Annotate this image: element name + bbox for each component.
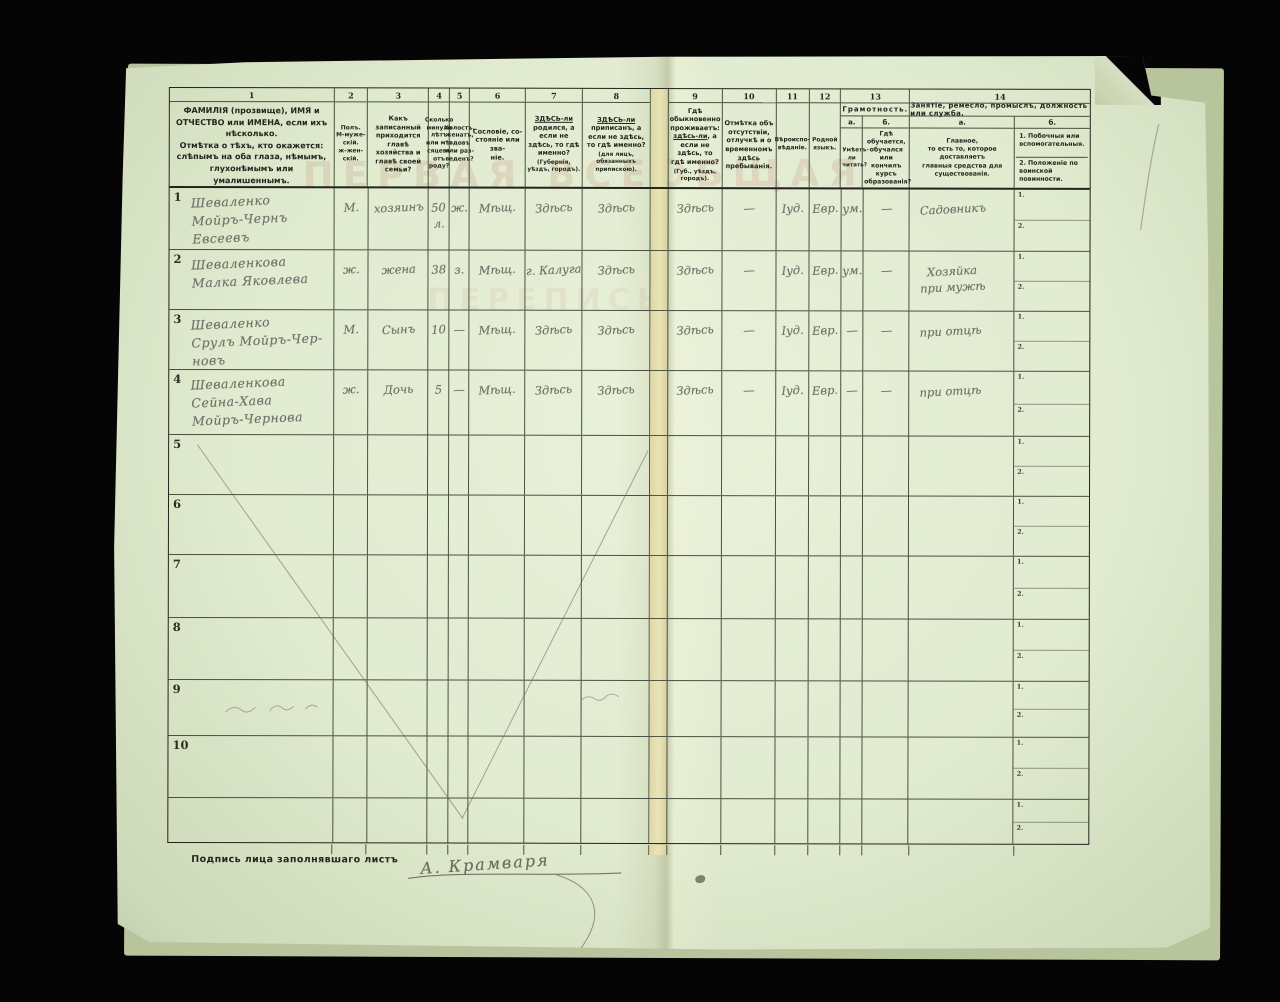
entry-value: — xyxy=(862,370,909,400)
col-number: 10 xyxy=(723,89,776,103)
entry-value: ж. xyxy=(333,250,367,279)
side-subrow-number: 1. xyxy=(1018,253,1025,261)
cell-occupation-main: при отцѣ xyxy=(910,312,1015,371)
table-row: 3Шеваленко Срулъ Мойръ-Чер- новъМ.Сынъ10… xyxy=(169,310,1089,372)
entry-value xyxy=(367,679,427,694)
entry-value xyxy=(909,617,1013,634)
cell-occupation-main xyxy=(909,620,1014,681)
cell-literacy-read xyxy=(840,737,862,798)
entry-value xyxy=(909,494,1013,511)
entry-value: ж. xyxy=(449,188,469,216)
cell-absence: — xyxy=(722,251,776,310)
table-body: 1Шеваленко Мойръ-Чернъ ЕвсеевъМ.хозяинъ5… xyxy=(168,188,1089,844)
entry-value: Евр. xyxy=(808,371,840,400)
side-subrow-number: 1. xyxy=(1017,373,1024,381)
entry-value xyxy=(367,735,427,750)
cell-occupation-main xyxy=(909,738,1014,799)
cell-occupation-main: при отцѣ xyxy=(910,372,1015,436)
entry-value xyxy=(840,496,862,509)
entry-value xyxy=(840,436,862,449)
entry-value xyxy=(367,797,427,812)
cell-occupation-main: Садовникъ xyxy=(910,190,1015,251)
cell-language: Евр. xyxy=(809,371,841,435)
cell-occupation-main xyxy=(909,557,1014,619)
cell-name: 2Шеваленкова Малка Яковлева xyxy=(169,250,334,309)
entry-value xyxy=(469,679,524,694)
group-title: Занятіе, ремесло, промыслъ, должность ил… xyxy=(910,104,1090,117)
cell-sex xyxy=(334,435,368,494)
cell-birthplace xyxy=(525,681,582,736)
entry-value: Іуд. xyxy=(775,370,808,399)
cell-religion: Іуд. xyxy=(776,189,809,250)
side-subrow: 2. xyxy=(1014,404,1089,436)
cell-occupation-side: 1.2. xyxy=(1014,372,1089,436)
cell-occupation-main: Хозяйка при мужѣ xyxy=(910,252,1015,311)
cell-marital xyxy=(449,436,469,495)
cell-residence: Здѣсь xyxy=(668,311,722,370)
cell-relation xyxy=(367,618,428,679)
cell-age xyxy=(428,619,449,680)
entry-value xyxy=(775,736,807,750)
col-title: ЗДѢСЬ-ли родился, а если не здѣсь, то гд… xyxy=(526,103,582,187)
cell-birthplace xyxy=(525,496,582,555)
side-subrow-number: 2. xyxy=(1017,711,1024,719)
cell-sex xyxy=(333,618,367,679)
cell-occupation-side: 1.2. xyxy=(1014,312,1089,371)
cell-occupation-side: 1.2. xyxy=(1014,738,1089,799)
cell-literacy-edu xyxy=(863,436,910,495)
entry-value xyxy=(428,736,449,749)
table-row: 61.2. xyxy=(169,495,1089,557)
entry-value xyxy=(469,554,524,569)
side-subrow: 2. xyxy=(1014,710,1089,737)
side-subrow-number: 1. xyxy=(1017,739,1024,747)
cell-literacy-read xyxy=(840,799,862,843)
col-number: 4 xyxy=(429,89,449,103)
cell-age: 5 xyxy=(429,371,450,435)
side-subrow-number: 2. xyxy=(1017,589,1024,597)
entry-value xyxy=(367,434,427,449)
cell-occupation-main xyxy=(909,800,1014,844)
header-col-marital: 5 Холостъ, женатъ, вдовъ или раз- веденъ… xyxy=(450,89,470,187)
entry-value: — xyxy=(862,310,909,340)
col-number: 9 xyxy=(669,89,722,103)
side-subrow-number: 1. xyxy=(1017,621,1024,629)
cell-registration: Здѣсь xyxy=(582,311,650,370)
cell-relation: Дочь xyxy=(368,370,429,434)
fold-strip xyxy=(649,737,667,798)
cell-literacy-read xyxy=(841,436,863,495)
entry-value: 10 xyxy=(428,310,449,338)
col-title: Сословіе, со- стояніе или зва- ніе. xyxy=(470,103,525,187)
entry-value xyxy=(428,618,449,631)
side-subrow-number: 1. xyxy=(1017,683,1024,691)
cell-occupation-main xyxy=(909,437,1014,496)
entry-value xyxy=(808,799,840,813)
col-number: 6 xyxy=(470,89,525,103)
cell-marital xyxy=(449,556,469,618)
sub-labels: а. б. xyxy=(910,117,1090,129)
cell-birthplace: Здѣсь xyxy=(525,311,582,370)
side-subrow: 1. xyxy=(1014,557,1089,589)
entry-value: Здѣсь xyxy=(582,187,650,218)
cell-religion: Іуд. xyxy=(776,371,809,435)
fold-strip xyxy=(650,311,668,370)
signature-flourish xyxy=(406,864,666,975)
fold-strip xyxy=(650,371,668,435)
entry-value: з. xyxy=(449,250,469,278)
entry-value xyxy=(525,494,581,509)
cell-age xyxy=(428,436,449,495)
entry-value xyxy=(333,736,366,750)
fold-strip xyxy=(650,496,668,555)
entry-value xyxy=(469,617,524,632)
entry-value: Іуд. xyxy=(775,310,808,339)
table-row: 71.2. xyxy=(169,555,1089,620)
col-number: 5 xyxy=(450,89,469,103)
entry-value: Мѣщ. xyxy=(469,309,525,339)
col-title: Родной языкъ. xyxy=(809,103,840,187)
entry-value xyxy=(582,494,649,509)
cell-language: Евр. xyxy=(809,311,841,370)
side-subrow: 2. xyxy=(1013,822,1088,844)
cell-sex: ж. xyxy=(334,370,368,434)
cell-occupation-side: 1.2. xyxy=(1015,190,1090,251)
entry-value xyxy=(808,737,840,751)
entry-value xyxy=(862,736,908,750)
entry-value xyxy=(582,617,649,632)
cell-religion: Іуд. xyxy=(776,251,809,310)
cell-relation: хозяинъ xyxy=(368,188,429,249)
sub-descriptions: Умѣетъ- ли читать? Гдѣ обучается, обучал… xyxy=(841,128,909,189)
cell-absence xyxy=(721,681,775,736)
entry-value: жена xyxy=(367,249,428,279)
cell-occupation-side: 1.2. xyxy=(1014,620,1089,681)
entry-value xyxy=(909,554,1013,571)
cell-literacy-edu xyxy=(862,556,909,618)
side-subrow-number: 2. xyxy=(1017,468,1024,476)
header-col-sex: 2 Полъ. М-муже- скій. ж-жен- скій. xyxy=(334,88,368,186)
side-subrow-number: 2. xyxy=(1017,823,1024,831)
entry-value: 5 xyxy=(428,370,449,398)
cell-occupation-main xyxy=(909,682,1014,737)
entry-value xyxy=(862,680,908,694)
entry-value: Здѣсь xyxy=(582,249,650,280)
entry-value: 38 xyxy=(428,250,449,278)
entry-value: Хозяйка при мужѣ xyxy=(909,249,1015,297)
entry-value xyxy=(524,735,580,750)
cell-marital xyxy=(449,799,469,843)
scan-background: ПЕРВАЯ ВСЕОБЩАЯ ПЕРЕПИСЬ 1 ФАМИЛІЯ (проз… xyxy=(0,0,1280,1002)
cell-registration xyxy=(582,556,650,618)
cell-residence xyxy=(667,681,721,736)
cell-occupation-main xyxy=(909,497,1014,556)
cell-marital: — xyxy=(450,311,470,370)
entry-value xyxy=(721,736,774,751)
cell-literacy-edu: — xyxy=(863,189,910,250)
side-subrow-number: 1. xyxy=(1018,191,1025,199)
entry-value: — xyxy=(722,310,776,340)
fold-strip xyxy=(649,799,667,843)
entry-value xyxy=(722,495,775,510)
cell-relation: жена xyxy=(368,250,429,309)
cell-literacy-read xyxy=(840,681,862,736)
side-subrow: 1. xyxy=(1015,190,1090,221)
cell-age: 38 xyxy=(429,251,450,310)
entry-value xyxy=(449,680,469,693)
entry-value xyxy=(667,736,720,751)
cell-birthplace: Здѣсь xyxy=(526,189,583,250)
col-number: 2 xyxy=(334,88,367,102)
entry-value xyxy=(367,494,427,509)
entry-value xyxy=(525,679,581,694)
signature-block: Подпись лица заполнявшаго листъ А. Крамв… xyxy=(191,854,549,874)
entry-value xyxy=(840,556,862,569)
cell-residence xyxy=(668,556,722,618)
entry-value: Здѣсь xyxy=(525,369,582,399)
cell-estate xyxy=(469,436,525,495)
table-row: 1.2. xyxy=(168,798,1088,844)
cell-age xyxy=(428,556,449,618)
cell-marital: ж. xyxy=(450,189,470,250)
header-group-occupation: 14 Занятіе, ремесло, промыслъ, должность… xyxy=(910,90,1090,188)
cell-language xyxy=(808,799,840,843)
cell-absence xyxy=(722,496,776,555)
cell-registration: Здѣсь xyxy=(582,251,650,310)
entry-value xyxy=(775,618,807,632)
entry-name: Шеваленкова Сейна-Хава Мойръ-Чернова xyxy=(168,367,334,432)
sub-labels: а. б. xyxy=(841,116,909,128)
entry-value xyxy=(449,618,469,631)
side-subrow-number: 1. xyxy=(1017,801,1024,809)
side-subrow: 1. xyxy=(1014,497,1089,527)
header-col-residence: 9 Гдѣ обыкновенно проживаетъ: здѣсь-ли, … xyxy=(668,89,722,187)
cell-birthplace xyxy=(525,799,582,843)
side-subrow: 2. xyxy=(1015,282,1090,311)
col-number: 8 xyxy=(583,89,650,103)
entry-value: Здѣсь xyxy=(668,370,722,400)
entry-value: Евр. xyxy=(809,189,841,218)
cell-estate: Мѣщ. xyxy=(470,189,526,250)
cell-birthplace xyxy=(525,619,582,680)
entry-value xyxy=(808,556,840,570)
entry-value: Здѣсь xyxy=(582,369,650,400)
side-subrow-number: 2. xyxy=(1018,222,1025,230)
col-number: 1 xyxy=(170,88,334,102)
entry-value xyxy=(668,435,721,450)
cell-estate: Мѣщ. xyxy=(469,371,525,435)
cell-name: 10 xyxy=(168,736,333,797)
signature-label: Подпись лица заполнявшаго листъ xyxy=(191,854,398,865)
entry-value xyxy=(840,619,862,632)
entry-value xyxy=(428,555,449,568)
cell-language: Евр. xyxy=(809,251,841,310)
entry-value xyxy=(367,554,427,569)
entry-value xyxy=(469,434,524,449)
cell-religion xyxy=(775,619,808,680)
side-subrow-number: 2. xyxy=(1017,770,1024,778)
col-number: 3 xyxy=(368,88,428,102)
side-subrow: 2. xyxy=(1014,342,1089,371)
entry-name: Шеваленкова Малка Яковлева xyxy=(169,247,334,294)
entry-value: — xyxy=(722,250,776,280)
entry-value: Здѣсь xyxy=(582,309,650,340)
cell-residence xyxy=(668,436,722,495)
header-col-estate: 6 Сословіе, со- стояніе или зва- ніе. xyxy=(470,89,526,187)
cell-birthplace: Здѣсь xyxy=(525,371,582,435)
cell-age xyxy=(428,681,449,736)
cell-estate xyxy=(469,799,525,843)
side-subrow-number: 1. xyxy=(1018,313,1025,321)
entry-value: — xyxy=(862,188,909,218)
entry-value: Іуд. xyxy=(776,250,809,279)
cell-birthplace xyxy=(525,556,582,618)
entry-value xyxy=(840,799,862,812)
header-col-absence: 10 Отмѣтка объ отсутствіи, отлучкѣ и о в… xyxy=(722,89,776,187)
entry-value: при отцѣ xyxy=(909,309,1014,342)
entry-value xyxy=(909,679,1013,696)
cell-marital xyxy=(449,681,469,736)
table-row: 101.2. xyxy=(168,736,1088,800)
cell-religion xyxy=(775,681,808,736)
cell-sex xyxy=(333,736,367,797)
entry-value xyxy=(333,555,366,569)
entry-value xyxy=(449,495,469,508)
col-number: 11 xyxy=(776,89,808,103)
cell-religion xyxy=(776,496,809,555)
entry-value: Дочь xyxy=(367,369,428,399)
entry-value: Іуд. xyxy=(776,188,809,217)
cell-registration: Здѣсь xyxy=(582,371,650,435)
cell-estate xyxy=(469,496,525,555)
side-subrow: 1. xyxy=(1014,800,1089,823)
side-subrow: 1. xyxy=(1015,312,1090,342)
table-row: 2Шеваленкова Малка Яковлеваж.жена38з.Мѣщ… xyxy=(169,250,1089,312)
cell-language xyxy=(808,737,840,798)
cell-occupation-side: 1.2. xyxy=(1014,682,1089,737)
cell-marital: з. xyxy=(450,251,470,310)
cell-age: 10 xyxy=(429,311,450,370)
col-title: Холостъ, женатъ, вдовъ или раз- веденъ? xyxy=(450,103,469,187)
entry-value xyxy=(333,680,366,694)
entry-value xyxy=(808,436,840,450)
cell-relation xyxy=(367,736,428,797)
entry-value xyxy=(524,797,580,812)
entry-value: — xyxy=(721,370,775,400)
entry-value xyxy=(862,495,908,509)
cell-religion: Іуд. xyxy=(776,311,809,370)
cell-name: 3Шеваленко Срулъ Мойръ-Чер- новъ xyxy=(169,310,334,369)
col-title: Отмѣтка объ отсутствіи, отлучкѣ и о врем… xyxy=(722,103,775,187)
col-title: ФАМИЛІЯ (прозвище), ИМЯ и ОТЧЕСТВО или И… xyxy=(170,102,334,189)
cell-residence: Здѣсь xyxy=(668,251,722,310)
entry-value: Сынъ xyxy=(367,309,428,339)
entry-value xyxy=(721,798,774,813)
cell-literacy-edu xyxy=(862,496,909,555)
pencil-edge-mark xyxy=(1129,118,1169,238)
cell-registration xyxy=(581,799,649,843)
entry-value xyxy=(367,617,427,632)
entry-value xyxy=(469,494,524,509)
entry-value: Здѣсь xyxy=(668,310,722,340)
cell-literacy-edu xyxy=(862,737,909,798)
cell-literacy-read: — xyxy=(841,371,863,435)
cell-language xyxy=(809,496,841,555)
cell-literacy-read: ум. xyxy=(841,251,863,310)
census-sheet: ПЕРВАЯ ВСЕОБЩАЯ ПЕРЕПИСЬ 1 ФАМИЛІЯ (проз… xyxy=(111,54,1213,953)
side-subrow-number: 1. xyxy=(1017,438,1024,446)
entry-value xyxy=(775,680,807,694)
entry-value xyxy=(909,797,1013,814)
entry-value: 50 л. xyxy=(428,188,450,232)
entry-value xyxy=(776,435,808,449)
side-subrow-number: 1. xyxy=(1017,498,1024,506)
cell-sex: М. xyxy=(334,188,368,249)
cell-registration xyxy=(581,737,649,798)
entry-value xyxy=(581,797,648,812)
side-subrow: 2. xyxy=(1014,769,1089,799)
side-subrow-number: 2. xyxy=(1018,343,1025,351)
cell-literacy-read: ум. xyxy=(841,189,863,250)
side-subrow: 1. xyxy=(1014,738,1089,769)
entry-value: Здѣсь xyxy=(668,250,722,280)
cell-relation: Сынъ xyxy=(368,310,429,369)
entry-value: при отцѣ xyxy=(909,369,1014,402)
col-title: ЗДѢСЬ-ли приписанъ, а если не здѣсь, то … xyxy=(583,103,650,187)
entry-value xyxy=(449,736,469,749)
cell-registration xyxy=(582,496,650,555)
side-subrow-number: 2. xyxy=(1017,528,1024,536)
cell-literacy-read xyxy=(840,556,862,618)
entry-value xyxy=(333,435,366,449)
cell-relation xyxy=(368,435,429,494)
cell-literacy-edu: — xyxy=(863,251,910,310)
fold-strip xyxy=(649,681,667,736)
side-subrow: 1. xyxy=(1014,372,1089,405)
pencil-scribble xyxy=(578,689,628,707)
entry-value xyxy=(862,555,908,569)
cell-sex xyxy=(333,555,367,617)
col-title: Гдѣ обыкновенно проживаетъ: здѣсь-ли, а … xyxy=(668,103,721,187)
cell-absence: — xyxy=(722,311,776,370)
cell-residence xyxy=(667,799,721,843)
table-row: 81.2. xyxy=(169,618,1089,682)
entry-value xyxy=(582,434,649,449)
entry-value: — xyxy=(449,310,469,338)
cell-literacy-edu xyxy=(862,799,909,843)
cell-language xyxy=(809,436,841,495)
cell-language: Евр. xyxy=(809,189,841,250)
side-occupation-desc: 1. Побочныя или вспомогательныя. 2. Поло… xyxy=(1015,129,1089,188)
side-subrow: 2. xyxy=(1014,651,1089,681)
cell-age xyxy=(428,496,449,555)
cell-literacy-edu: — xyxy=(863,371,910,435)
cell-residence xyxy=(668,496,722,555)
cell-residence: Здѣсь xyxy=(668,189,722,250)
entry-value: г. Калуга xyxy=(525,249,582,279)
entry-value: М. xyxy=(334,188,368,217)
cell-age: 50 л. xyxy=(429,189,450,250)
entry-value xyxy=(333,618,366,632)
cell-name: 4Шеваленкова Сейна-Хава Мойръ-Чернова xyxy=(169,370,334,434)
entry-value xyxy=(668,555,721,570)
cell-relation xyxy=(367,555,428,617)
side-subrow-number: 2. xyxy=(1017,405,1024,413)
entry-value xyxy=(775,555,807,569)
cell-sex: М. xyxy=(334,310,368,369)
entry-value: Евр. xyxy=(808,251,840,280)
entry-value xyxy=(449,435,469,448)
